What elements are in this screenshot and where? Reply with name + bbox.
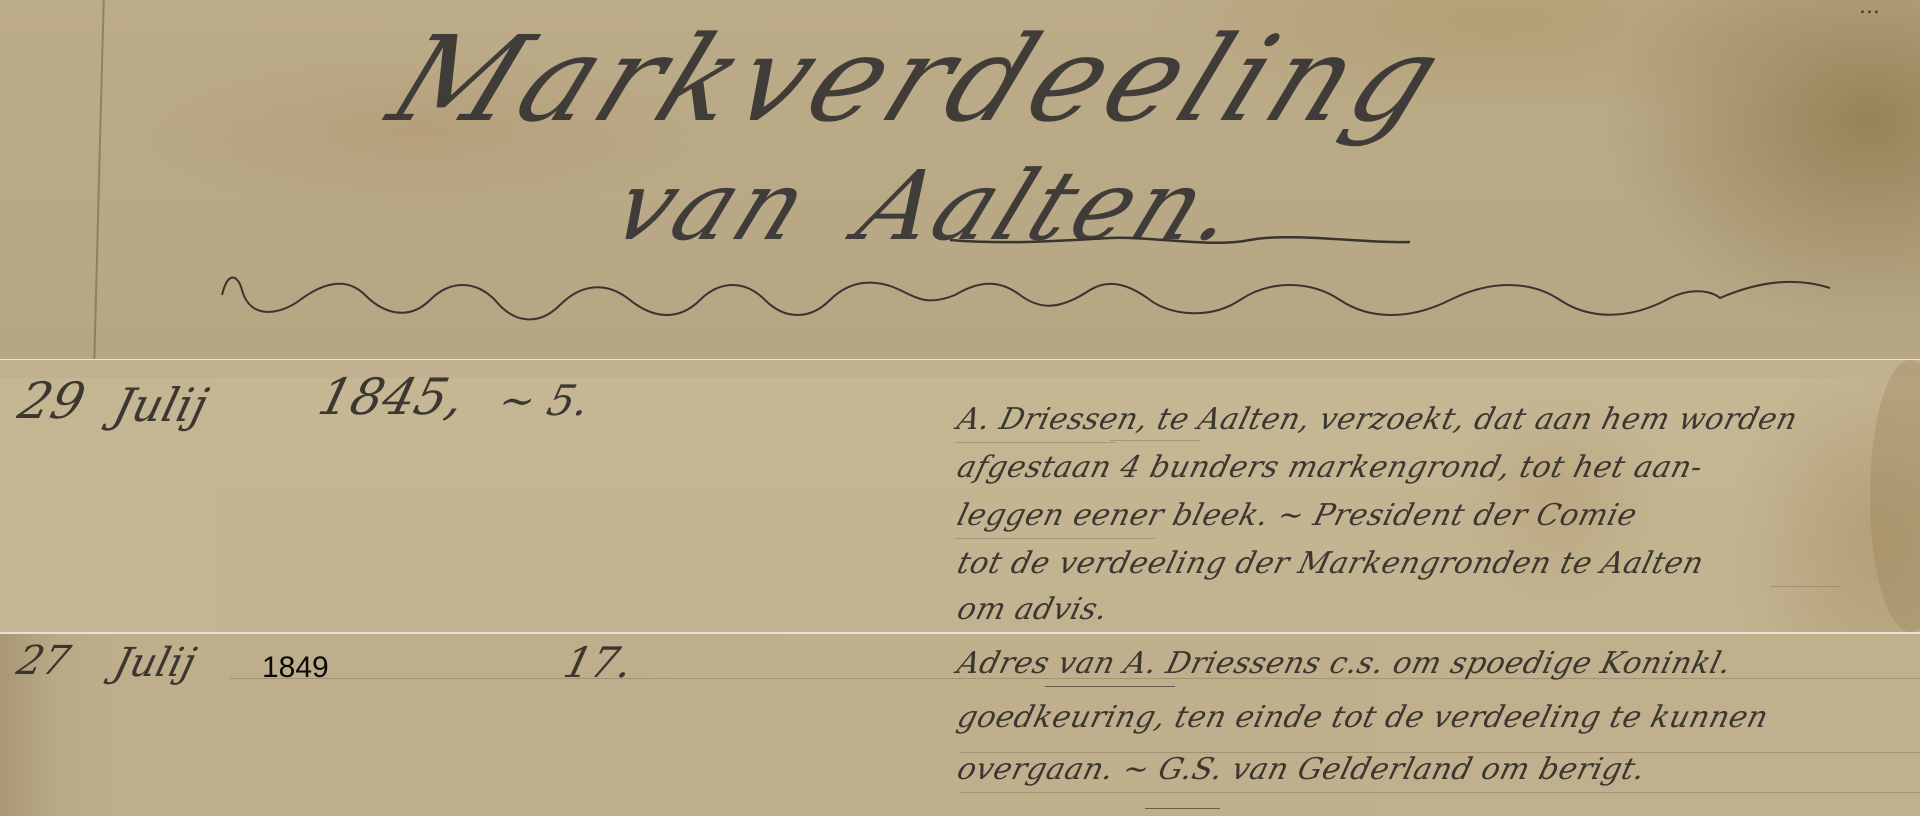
- entry-date-month: Julij: [109, 640, 200, 686]
- paper-band: [0, 360, 1920, 378]
- entry-text-line: leggen eener bleek. ~ President der Comi…: [954, 498, 1641, 533]
- entry-text-line: Adres van A. Driessens c.s. om spoedige …: [954, 646, 1735, 681]
- year-overlay-label: 1849: [262, 651, 329, 685]
- water-stain: [1870, 360, 1920, 632]
- subtitle-prefix: van: [597, 150, 828, 262]
- underline-mark: [1145, 808, 1220, 809]
- register-entry-1: 29 Julij 1845, ~ 5. A. Driessen, te Aalt…: [0, 360, 1920, 632]
- entry-date-day: 27: [12, 638, 74, 684]
- wavy-divider-line: [210, 270, 1920, 340]
- paper-fold-line: [93, 0, 104, 360]
- entry-text-line: tot de verdeeling der Markengronden te A…: [954, 546, 1708, 581]
- entry-text-line: afgestaan 4 bunders markengrond, tot het…: [954, 450, 1707, 485]
- entry-date-month: Julij: [108, 378, 213, 432]
- entry-number: 17.: [559, 638, 638, 687]
- document-title: Markverdeeling: [372, 10, 1466, 148]
- corner-mark: ...: [1859, 0, 1880, 19]
- entry-text-line: A. Driessen, te Aalten, verzoekt, dat aa…: [954, 402, 1802, 437]
- title-header-strip: ... Markverdeeling vanAalten.: [0, 0, 1920, 360]
- entry-text-line: goedkeuring, ten einde tot de verdeeling…: [954, 700, 1772, 735]
- entry-text-line: om advis.: [954, 592, 1112, 627]
- entry-text-line: overgaan. ~ G.S. van Gelderland om berig…: [954, 752, 1649, 787]
- underline-mark: [1110, 440, 1200, 441]
- entry-date-year: 1845,: [313, 368, 471, 426]
- underline-mark: [955, 442, 1115, 443]
- underline-mark: [1770, 586, 1840, 587]
- entry-number: ~ 5.: [494, 376, 595, 425]
- ruled-line: [960, 792, 1920, 793]
- underline-mark: [1045, 686, 1175, 687]
- underline-mark: [955, 538, 1155, 539]
